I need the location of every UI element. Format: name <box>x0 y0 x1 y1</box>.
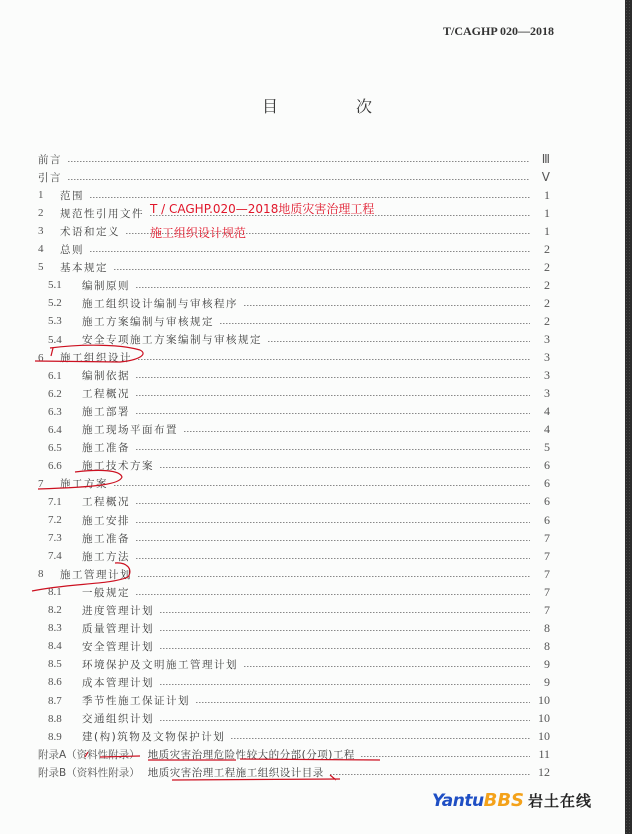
toc-entry[interactable]: 6.2工程概况3 <box>48 385 550 403</box>
toc-entry-label: 规范性引用文件 <box>60 206 144 221</box>
dot-leader <box>136 522 530 523</box>
toc-entry[interactable]: 8.9建(构)筑物及文物保护计划10 <box>48 728 550 746</box>
toc-entry-page: 3 <box>536 332 550 347</box>
toc-entry[interactable]: 8.8交通组织计划10 <box>48 710 550 728</box>
toc-entry[interactable]: 4总则2 <box>38 240 550 258</box>
dot-leader <box>231 738 530 739</box>
dot-leader <box>160 648 530 649</box>
handwritten-annotation-line-2: 施工组织设计规范 <box>150 224 246 241</box>
toc-entry-page: 9 <box>536 675 550 690</box>
toc-entry-page: 6 <box>536 458 550 473</box>
dot-leader <box>268 341 530 342</box>
dot-leader <box>90 251 530 252</box>
toc-entry-label: 一般规定 <box>82 585 130 600</box>
toc-entry-page: 2 <box>536 278 550 293</box>
toc-entry-page: 7 <box>536 585 550 600</box>
toc-entry[interactable]: 6.3施工部署4 <box>48 403 550 421</box>
dot-leader <box>160 630 530 631</box>
scan-edge-strip <box>625 0 632 834</box>
toc-entry-label: 施工方案 <box>60 476 108 491</box>
dot-leader <box>136 558 530 559</box>
dot-leader <box>90 197 530 198</box>
toc-entry-number: 附录B（资料性附录） <box>38 765 140 780</box>
toc-entry[interactable]: 3术语和定义1 <box>38 222 550 240</box>
toc-entry-label: 施工方案编制与审核规定 <box>82 314 214 329</box>
toc-entry-page: 10 <box>536 729 550 744</box>
toc-entry[interactable]: 6.6施工技术方案6 <box>48 457 550 475</box>
dot-leader <box>184 431 530 432</box>
toc-entry-number: 4 <box>38 243 60 255</box>
toc-entry-label: 交通组织计划 <box>82 711 154 726</box>
toc-entry-page: 7 <box>536 549 550 564</box>
toc-entry[interactable]: 7.2施工安排6 <box>48 511 550 529</box>
toc-entry-page: 2 <box>536 314 550 329</box>
toc-entry-label: 工程概况 <box>82 494 130 509</box>
dot-leader <box>136 503 530 504</box>
dot-leader <box>136 540 530 541</box>
toc-entry-number: 附录A（资料性附录） <box>38 747 140 762</box>
toc-entry-label: 进度管理计划 <box>82 603 154 618</box>
dot-leader <box>136 413 530 414</box>
toc-entry-number: 7.2 <box>48 514 82 526</box>
toc-entry-number: 5 <box>38 261 60 273</box>
toc-entry-number: 6.5 <box>48 442 82 454</box>
toc-entry[interactable]: 5.3施工方案编制与审核规定2 <box>48 312 550 330</box>
toc-entry-number: 8.9 <box>48 731 82 743</box>
toc-entry-page: 8 <box>536 639 550 654</box>
dot-leader <box>68 179 530 180</box>
dot-leader <box>244 305 530 306</box>
toc-entry-label: 施工部署 <box>82 404 130 419</box>
toc-entry-page: 6 <box>536 494 550 509</box>
toc-entry-page: 4 <box>536 422 550 437</box>
toc-entry-label: 编制原则 <box>82 278 130 293</box>
toc-entry-number: 5.4 <box>48 334 82 346</box>
toc-entry-number: 5.1 <box>48 279 82 291</box>
dot-leader <box>114 269 530 270</box>
handwritten-annotation-line-1: T / CAGHP.020—2018地质灾害治理工程 <box>150 200 374 217</box>
toc-title-char-1: 目 <box>262 94 278 117</box>
toc-entry-label: 质量管理计划 <box>82 621 154 636</box>
toc-entry[interactable]: 8.3质量管理计划8 <box>48 619 550 637</box>
dot-leader <box>138 576 530 577</box>
dot-leader <box>196 702 530 703</box>
toc-entry-number: 5.3 <box>48 315 82 327</box>
toc-entry-page: Ⅴ <box>536 170 550 185</box>
toc-entry-page: 11 <box>536 747 550 762</box>
toc-entry-page: 6 <box>536 513 550 528</box>
toc-entry[interactable]: 引言Ⅴ <box>38 168 550 186</box>
toc-entry-page: 7 <box>536 567 550 582</box>
toc-entry[interactable]: 8.1一般规定7 <box>48 583 550 601</box>
dot-leader <box>244 666 530 667</box>
toc-entry-number: 2 <box>38 207 60 219</box>
toc-entry[interactable]: 5.1编制原则2 <box>48 276 550 294</box>
toc-entry-page: 1 <box>536 224 550 239</box>
dot-leader <box>114 485 530 486</box>
toc-entry-number: 6.1 <box>48 370 82 382</box>
toc-entry-page: 7 <box>536 603 550 618</box>
toc-entry[interactable]: 8.6成本管理计划9 <box>48 673 550 691</box>
toc-entry-number: 7.4 <box>48 550 82 562</box>
toc-entry-number: 8.2 <box>48 604 82 616</box>
toc-entry-label: 基本规定 <box>60 260 108 275</box>
toc-entry[interactable]: 6.5施工准备5 <box>48 439 550 457</box>
toc-entry-label: 安全专项施工方案编制与审核规定 <box>82 332 262 347</box>
toc-entry-label: 施工技术方案 <box>82 458 154 473</box>
toc-entry[interactable]: 7施工方案6 <box>38 475 550 493</box>
toc-entry-number: 7.3 <box>48 532 82 544</box>
toc-entry-page: 3 <box>536 368 550 383</box>
toc-entry-page: 8 <box>536 621 550 636</box>
dot-leader <box>160 467 530 468</box>
toc-entry-number: 8.4 <box>48 640 82 652</box>
toc-entry[interactable]: 5基本规定2 <box>38 258 550 276</box>
dot-leader <box>160 720 530 721</box>
toc-entry-label: 施工组织设计 <box>60 350 132 365</box>
toc-entry[interactable]: 8.2进度管理计划7 <box>48 601 550 619</box>
toc-entry-label: 施工准备 <box>82 531 130 546</box>
toc-entry-number: 6.6 <box>48 460 82 472</box>
watermark-bbs: BBS <box>484 790 524 811</box>
toc-entry-number: 6.2 <box>48 388 82 400</box>
toc-entry-page: 10 <box>536 711 550 726</box>
toc-entry-label: 施工安排 <box>82 513 130 528</box>
toc-entry-number: 8.6 <box>48 676 82 688</box>
toc-title: 目 次 <box>262 94 372 117</box>
watermark-logo: Yantu BBS 岩土在线 <box>432 790 592 811</box>
toc-entry[interactable]: 前言Ⅲ <box>38 150 550 168</box>
toc-entry-page: 7 <box>536 531 550 546</box>
toc-entry[interactable]: 8.7季节性施工保证计划10 <box>48 692 550 710</box>
dot-leader <box>136 449 530 450</box>
toc-entry-label: 施工组织设计编制与审核程序 <box>82 296 238 311</box>
dot-leader <box>220 323 530 324</box>
toc-entry-page: 4 <box>536 404 550 419</box>
toc-entry-number: 5.2 <box>48 297 82 309</box>
toc-entry-page: 2 <box>536 296 550 311</box>
toc-entry-label: 编制依据 <box>82 368 130 383</box>
toc-entry-label: 地质灾害治理危险性较大的分部(分项)工程 <box>148 747 355 762</box>
toc-entry[interactable]: 6施工组织设计3 <box>38 349 550 367</box>
toc-entry-number: 1 <box>38 189 60 201</box>
toc-entry-label: 引言 <box>38 170 62 185</box>
toc-entry-number: 8 <box>38 568 60 580</box>
toc-entry-label: 术语和定义 <box>60 224 120 239</box>
toc-entry[interactable]: 7.4施工方法7 <box>48 547 550 565</box>
document-page: T/CAGHP 020—2018 目 次 前言Ⅲ引言Ⅴ1范围12规范性引用文件1… <box>0 0 625 834</box>
toc-entry-page: 1 <box>536 206 550 221</box>
toc-entry-label: 工程概况 <box>82 386 130 401</box>
toc-entry-label: 范围 <box>60 188 84 203</box>
toc-entry[interactable]: 8施工管理计划7 <box>38 565 550 583</box>
toc-entry-label: 季节性施工保证计划 <box>82 693 190 708</box>
dot-leader <box>160 684 530 685</box>
dot-leader <box>136 287 530 288</box>
toc-entry-number: 6 <box>38 352 60 364</box>
dot-leader <box>136 377 530 378</box>
toc-entry[interactable]: 7.3施工准备7 <box>48 529 550 547</box>
toc-entry[interactable]: 6.4施工现场平面布置4 <box>48 421 550 439</box>
watermark-yantu: Yantu <box>432 791 484 811</box>
toc-entry-label: 建(构)筑物及文物保护计划 <box>82 729 225 744</box>
dot-leader <box>136 395 530 396</box>
toc-entry-page: Ⅲ <box>536 152 550 167</box>
toc-entry-label: 施工管理计划 <box>60 567 132 582</box>
toc-entry-number: 8.1 <box>48 586 82 598</box>
toc-entry-page: 5 <box>536 440 550 455</box>
toc-entry[interactable]: 附录A（资料性附录）地质灾害治理危险性较大的分部(分项)工程11 <box>38 746 550 764</box>
toc-entry[interactable]: 附录B（资料性附录）地质灾害治理工程施工组织设计目录12 <box>38 764 550 782</box>
toc-entry-label: 施工准备 <box>82 440 130 455</box>
toc-entry-page: 6 <box>536 476 550 491</box>
toc-entry-label: 施工现场平面布置 <box>82 422 178 437</box>
document-code: T/CAGHP 020—2018 <box>443 24 554 39</box>
toc-entry-number: 3 <box>38 225 60 237</box>
toc-entry-page: 12 <box>536 765 550 780</box>
toc-entry-number: 8.7 <box>48 695 82 707</box>
watermark-cn: 岩土在线 <box>528 790 592 811</box>
toc-entry[interactable]: 7.1工程概况6 <box>48 493 550 511</box>
toc-entry-page: 10 <box>536 693 550 708</box>
toc-entry-number: 8.8 <box>48 713 82 725</box>
dot-leader <box>138 359 530 360</box>
toc-entry[interactable]: 5.4安全专项施工方案编制与审核规定3 <box>48 331 550 349</box>
toc-entry-number: 6.3 <box>48 406 82 418</box>
toc-entry-label: 总则 <box>60 242 84 257</box>
toc-entry[interactable]: 8.4安全管理计划8 <box>48 637 550 655</box>
toc-entry-page: 3 <box>536 350 550 365</box>
toc-entry-page: 3 <box>536 386 550 401</box>
toc-entry[interactable]: 8.5环境保护及文明施工管理计划9 <box>48 655 550 673</box>
dot-leader <box>136 594 530 595</box>
toc-entry-label: 地质灾害治理工程施工组织设计目录 <box>148 765 324 780</box>
toc-entry[interactable]: 6.1编制依据3 <box>48 367 550 385</box>
toc-entry-number: 7 <box>38 478 60 490</box>
dot-leader <box>361 756 530 757</box>
toc-entry-label: 环境保护及文明施工管理计划 <box>82 657 238 672</box>
toc-entry-label: 成本管理计划 <box>82 675 154 690</box>
toc-entry-page: 1 <box>536 188 550 203</box>
toc-entry-label: 前言 <box>38 152 62 167</box>
dot-leader <box>68 161 530 162</box>
dot-leader <box>330 774 530 775</box>
dot-leader <box>160 612 530 613</box>
toc-title-char-2: 次 <box>356 94 372 117</box>
toc-entry-number: 7.1 <box>48 496 82 508</box>
toc-entry-label: 安全管理计划 <box>82 639 154 654</box>
toc-entry-page: 2 <box>536 260 550 275</box>
toc-entry[interactable]: 5.2施工组织设计编制与审核程序2 <box>48 294 550 312</box>
toc-entry-page: 9 <box>536 657 550 672</box>
toc-entry-page: 2 <box>536 242 550 257</box>
toc-entry-number: 8.5 <box>48 658 82 670</box>
toc-entry-label: 施工方法 <box>82 549 130 564</box>
toc-entry-number: 8.3 <box>48 622 82 634</box>
toc-entry-number: 6.4 <box>48 424 82 436</box>
